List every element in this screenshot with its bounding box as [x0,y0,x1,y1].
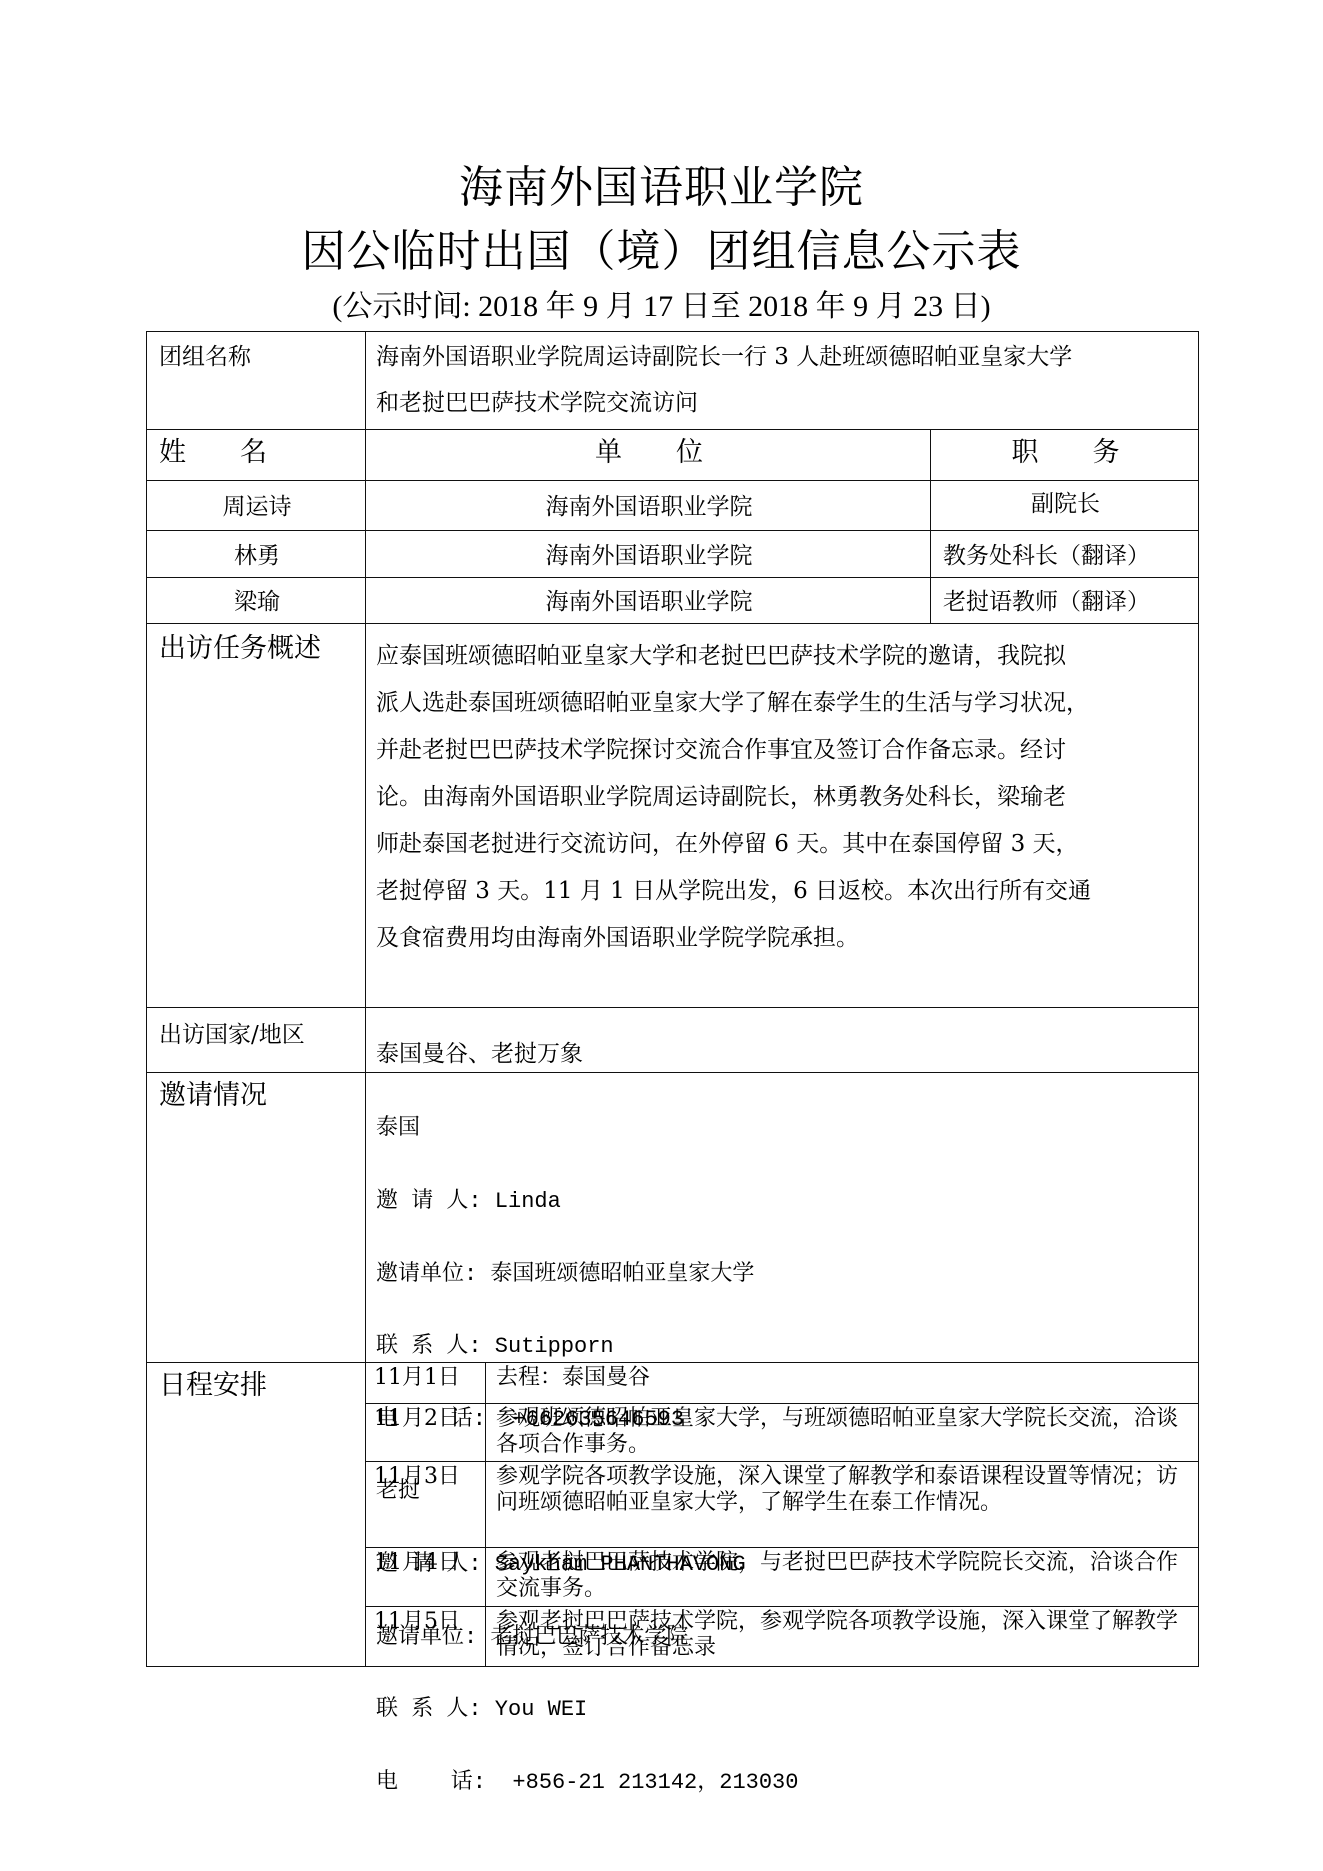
mission-text: 应泰国班颂德昭帕亚皇家大学和老挝巴巴萨技术学院的邀请，我院拟 派人选赴泰国班颂德… [376,633,1196,962]
schedule-date-cell: 11月5日 [365,1606,486,1667]
destination-label: 出访国家/地区 [159,1022,305,1048]
member-name-cell: 林勇 [146,530,366,578]
schedule-date: 11月3日 [374,1464,460,1490]
schedule-activity-cell: 参观学院各项教学设施，深入课堂了解教学和泰语课程设置等情况；访问班颂德昭帕亚皇家… [485,1461,1199,1548]
invitation-inviter: 邀 请 人: Linda [376,1190,798,1214]
member-name-cell: 梁瑜 [146,577,366,624]
schedule-activity-cell: 去程：泰国曼谷 [485,1362,1199,1404]
header-name: 姓 名 [159,440,267,466]
group-name-label: 团组名称 [159,344,251,370]
invitation-inviting-unit: 邀请单位: 泰国班颂德昭帕亚皇家大学 [376,1263,798,1287]
schedule-activity-cell: 参观班颂德昭帕亚皇家大学，与班颂德昭帕亚皇家大学院长交流，洽谈各项合作事务。 [485,1403,1199,1462]
header-position: 职 务 [931,440,1200,466]
institution-title: 海南外国语职业学院 [0,160,1323,216]
member-name: 周运诗 [147,494,367,520]
publicity-period: (公示时间: 2018 年 9 月 17 日至 2018 年 9 月 23 日) [0,287,1323,327]
member-unit: 海南外国语职业学院 [366,589,932,615]
member-name-cell: 周运诗 [146,480,366,531]
mission-line: 应泰国班颂德昭帕亚皇家大学和老挝巴巴萨技术学院的邀请，我院拟 [376,633,1196,680]
member-unit-cell: 海南外国语职业学院 [365,530,931,578]
destination-value-cell: 泰国曼谷、老挝万象 [365,1007,1199,1073]
schedule-activity: 参观老挝巴巴萨技术学院，参观学院各项教学设施，深入课堂了解教学情况，签订合作备忘… [496,1609,1186,1661]
group-name-value-cell: 海南外国语职业学院周运诗副院长一行 3 人赴班颂德昭帕亚皇家大学 和老挝巴巴萨技… [365,331,1199,430]
invitation-label: 邀请情况 [159,1083,267,1109]
schedule-date: 11月2日 [374,1406,460,1432]
header-unit: 单 位 [366,440,932,466]
schedule-label: 日程安排 [159,1373,267,1399]
mission-label-cell: 出访任务概述 [146,623,366,1008]
group-name-line2: 和老挝巴巴萨技术学院交流访问 [376,390,698,416]
invitation-country-thailand: 泰国 [376,1117,798,1141]
invitation-details-cell: 泰国 邀 请 人: Linda 邀请单位: 泰国班颂德昭帕亚皇家大学 联 系 人… [365,1072,1199,1363]
schedule-date-cell: 11月4日 [365,1547,486,1607]
member-position: 教务处科长（翻译） [943,543,1150,569]
member-unit-cell: 海南外国语职业学院 [365,577,931,624]
member-position-cell: 老挝语教师（翻译） [930,577,1199,624]
member-position: 副院长 [931,491,1200,517]
member-unit: 海南外国语职业学院 [366,494,932,520]
schedule-date: 11月1日 [374,1365,460,1391]
schedule-activity: 去程：泰国曼谷 [496,1365,1186,1391]
mission-line: 及食宿费用均由海南外国语职业学院学院承担。 [376,915,1196,962]
schedule-date: 11月4日 [374,1550,460,1576]
group-name-label-cell: 团组名称 [146,331,366,430]
member-unit-cell: 海南外国语职业学院 [365,480,931,531]
mission-line: 师赴泰国老挝进行交流访问，在外停留 6 天。其中在泰国停留 3 天， [376,821,1196,868]
invitation-label-cell: 邀请情况 [146,1072,366,1363]
invitation-phone: 电 话: +856-21 213142，213030 [376,1771,798,1795]
member-name: 梁瑜 [147,589,367,615]
header-unit-cell: 单 位 [365,429,931,481]
schedule-activity: 参观老挝巴巴萨技术学院，与老挝巴巴萨技术学院院长交流，洽谈合作交流事务。 [496,1550,1186,1602]
member-position-cell: 教务处科长（翻译） [930,530,1199,578]
mission-label: 出访任务概述 [159,636,321,662]
group-name-line1: 海南外国语职业学院周运诗副院长一行 3 人赴班颂德昭帕亚皇家大学 [376,344,1072,370]
member-position: 老挝语教师（翻译） [943,589,1150,615]
mission-line: 老挝停留 3 天。11 月 1 日从学院出发，6 日返校。本次出行所有交通 [376,868,1196,915]
schedule-activity-cell: 参观老挝巴巴萨技术学院，参观学院各项教学设施，深入课堂了解教学情况，签订合作备忘… [485,1606,1199,1667]
form-title: 因公临时出国（境）团组信息公示表 [0,224,1323,280]
member-name: 林勇 [147,543,367,569]
mission-line: 派人选赴泰国班颂德昭帕亚皇家大学了解在泰学生的生活与学习状况， [376,680,1196,727]
member-position-cell: 副院长 [930,480,1199,531]
schedule-date: 11月5日 [374,1609,460,1635]
info-table: 团组名称 海南外国语职业学院周运诗副院长一行 3 人赴班颂德昭帕亚皇家大学 和老… [146,331,1199,1667]
header-name-cell: 姓 名 [146,429,366,481]
schedule-activity-cell: 参观老挝巴巴萨技术学院，与老挝巴巴萨技术学院院长交流，洽谈合作交流事务。 [485,1547,1199,1607]
mission-text-cell: 应泰国班颂德昭帕亚皇家大学和老挝巴巴萨技术学院的邀请，我院拟 派人选赴泰国班颂德… [365,623,1199,1008]
destination-value: 泰国曼谷、老挝万象 [376,1041,583,1067]
mission-line: 并赴老挝巴巴萨技术学院探讨交流合作事宜及签订合作备忘录。经讨 [376,727,1196,774]
schedule-date-cell: 11月1日 [365,1362,486,1404]
schedule-date-cell: 11月2日 [365,1403,486,1462]
schedule-label-cell: 日程安排 [146,1362,366,1667]
member-unit: 海南外国语职业学院 [366,543,932,569]
schedule-date-cell: 11月3日 [365,1461,486,1548]
header-position-cell: 职 务 [930,429,1199,481]
destination-label-cell: 出访国家/地区 [146,1007,366,1073]
invitation-contact: 联 系 人: Sutipporn [376,1335,798,1359]
schedule-activity: 参观班颂德昭帕亚皇家大学，与班颂德昭帕亚皇家大学院长交流，洽谈各项合作事务。 [496,1406,1186,1458]
mission-line: 论。由海南外国语职业学院周运诗副院长，林勇教务处科长，梁瑜老 [376,774,1196,821]
invitation-contact: 联 系 人: You WEI [376,1698,798,1722]
schedule-activity: 参观学院各项教学设施，深入课堂了解教学和泰语课程设置等情况；访问班颂德昭帕亚皇家… [496,1464,1186,1516]
